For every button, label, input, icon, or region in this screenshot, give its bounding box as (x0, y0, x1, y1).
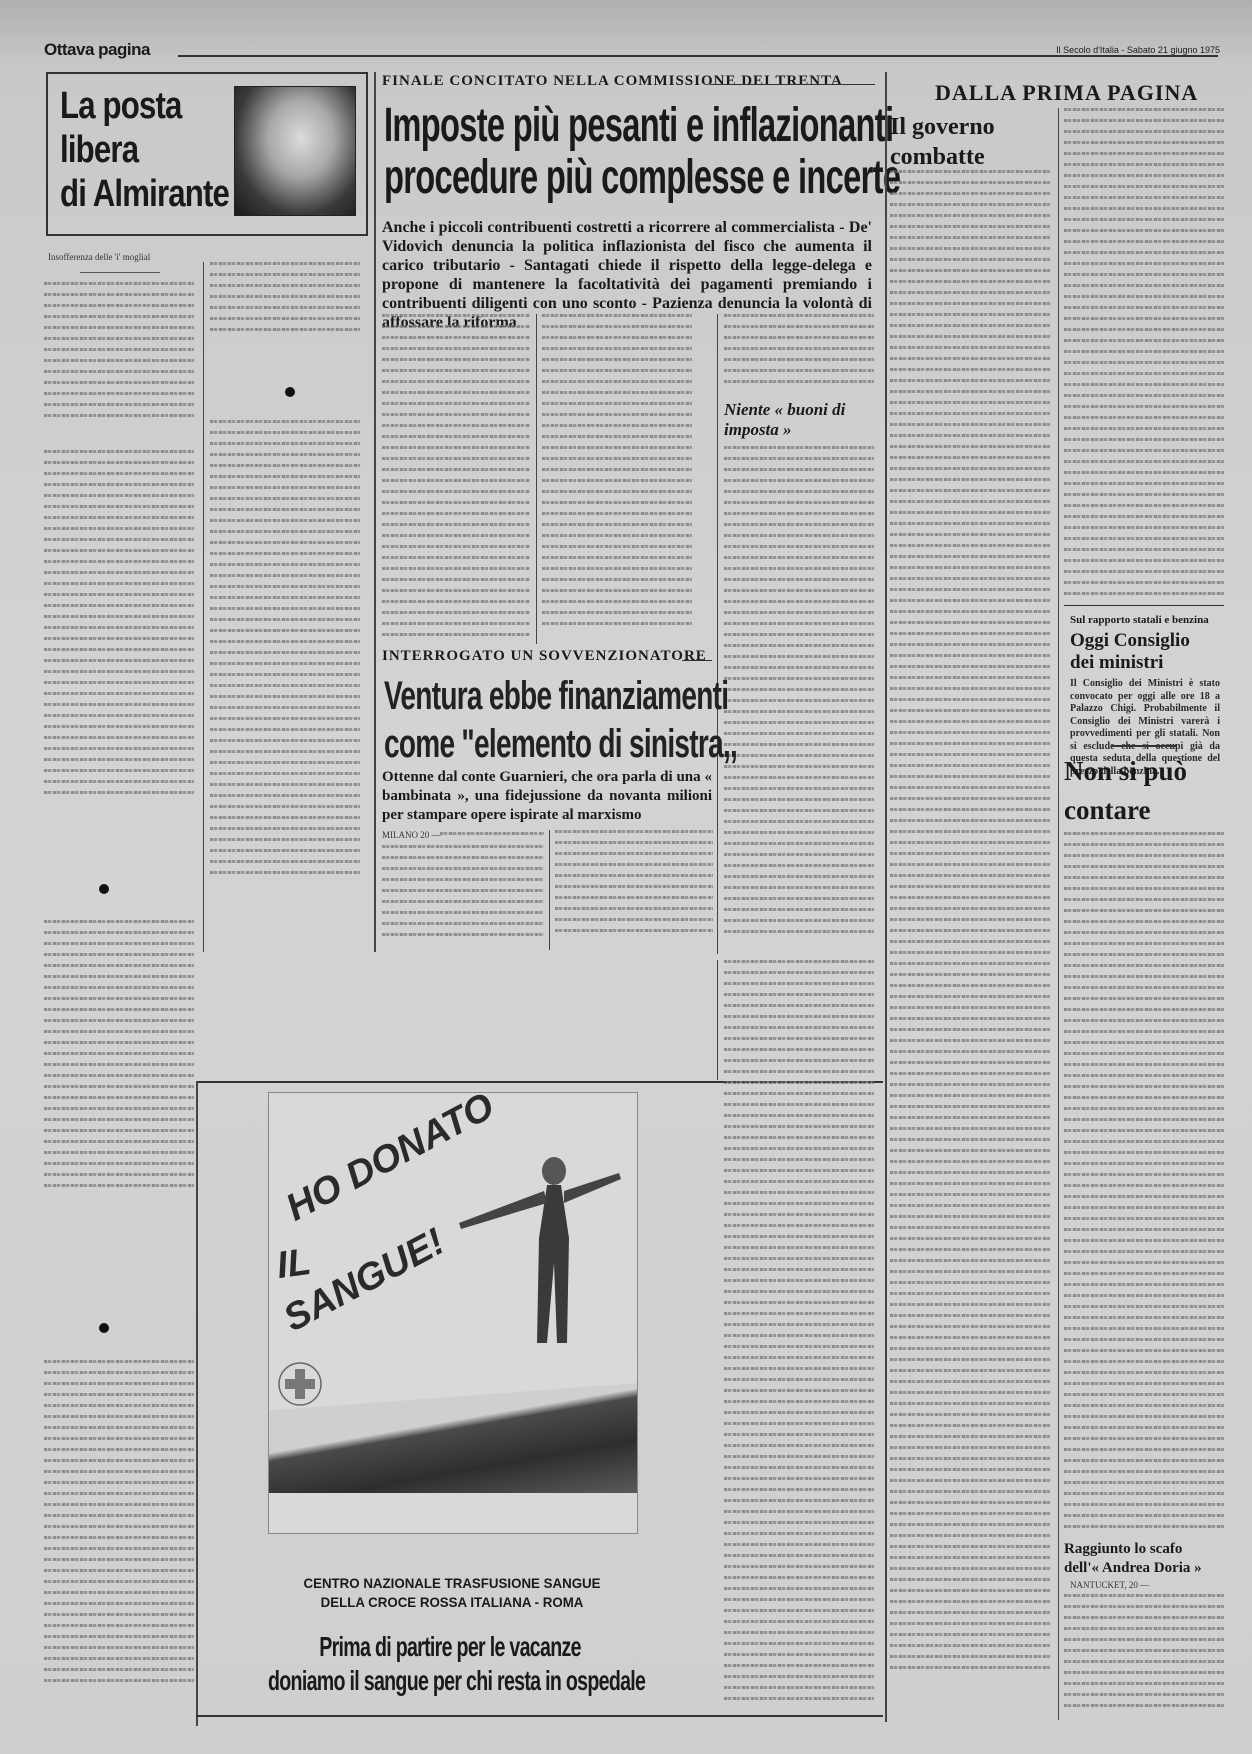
second-headline: Ventura ebbe finanziamenti come "element… (384, 672, 737, 768)
article-body (44, 282, 194, 444)
column-rule (374, 72, 376, 952)
andrea-doria-dateline: NANTUCKET, 20 — (1070, 1580, 1149, 1590)
ad-tagline-line: doniamo il sangue per chi resta in osped… (268, 1664, 632, 1698)
article-body (44, 920, 194, 1230)
portrait-photo-icon (234, 86, 356, 216)
ad-tagline: Prima di partire per le vacanze doniamo … (268, 1630, 632, 1698)
ad-headline-line: IL (274, 1241, 313, 1288)
kicker-rule (710, 84, 875, 85)
brief-headline: Oggi Consiglio dei ministri (1070, 630, 1190, 674)
box-title-line: libera (60, 128, 229, 172)
box-title: La posta libera di Almirante (60, 84, 229, 216)
box-title-line: di Almirante (60, 172, 229, 216)
article-body (210, 262, 360, 350)
article-body (1064, 1594, 1224, 1719)
article-body (382, 314, 530, 654)
kicker-rule (682, 660, 712, 661)
bullet-dot-icon (99, 1323, 109, 1333)
andrea-doria-headline: Raggiunto lo scafo dell'« Andrea Doria » (1064, 1540, 1202, 1578)
lead-subhead: Niente « buoni di imposta » (724, 400, 874, 440)
article-body (382, 845, 544, 950)
column-rule (717, 314, 718, 954)
column-rule (549, 830, 550, 950)
bullet-dot-icon (285, 387, 295, 397)
column-rule (885, 72, 887, 1722)
red-cross-emblem-icon (277, 1361, 323, 1407)
ad-org-line: CENTRO NAZIONALE TRASFUSIONE SANGUE (281, 1574, 623, 1593)
article-body (440, 832, 544, 842)
section-label: Ottava pagina (44, 40, 150, 60)
ad-org: CENTRO NAZIONALE TRASFUSIONE SANGUE DELL… (281, 1574, 623, 1612)
governo-headline-line: combatte (890, 142, 995, 172)
column-rule (717, 960, 718, 1080)
newspaper-page: Ottava pagina Il Secolo d'Italia - Sabat… (0, 0, 1252, 1754)
brief-headline-line: Oggi Consiglio (1070, 630, 1190, 652)
second-headline-line: come "elemento di sinistra,, (384, 720, 737, 768)
ad-left-rule (196, 1081, 198, 1726)
lead-kicker: FINALE CONCITATO NELLA COMMISSIONE DEI T… (382, 73, 843, 90)
andrea-doria-headline-line: dell'« Andrea Doria » (1064, 1559, 1202, 1578)
second-kicker: INTERROGATO UN SOVVENZIONATORE (382, 648, 707, 665)
governo-headline-line: Il governo (890, 112, 995, 142)
intro-caption: Insofferenza delle 'i' moglial (48, 252, 150, 262)
second-summary: Ottenne dal conte Guarnieri, che ora par… (382, 768, 712, 825)
non-si-puo-headline-line: Non si può (1064, 752, 1187, 791)
brief-end-rule (1112, 745, 1177, 747)
column-rule (536, 314, 537, 644)
brief-headline-line: dei ministri (1070, 652, 1190, 674)
caption-rule (80, 272, 160, 273)
second-headline-line: Ventura ebbe finanziamenti (384, 672, 737, 720)
article-body (210, 420, 360, 950)
ad-tagline-line: Prima di partire per le vacanze (268, 1630, 632, 1664)
article-body (542, 314, 692, 644)
article-body (724, 446, 874, 951)
box-title-line: La posta (60, 84, 229, 128)
masthead-rule (178, 55, 1218, 57)
non-si-puo-headline: Non si può contare (1064, 752, 1187, 830)
second-dateline: MILANO 20 — (382, 830, 441, 840)
column-rule (203, 262, 204, 952)
column-rule (1058, 108, 1059, 1720)
brief-kicker: Sul rapporto statali e benzina (1070, 614, 1209, 626)
non-si-puo-headline-line: contare (1064, 791, 1187, 830)
governo-headline: Il governo combatte (890, 112, 995, 172)
article-body (44, 450, 194, 850)
almirante-box: La posta libera di Almirante (46, 72, 368, 236)
grass-photo (269, 1383, 637, 1493)
lead-headline-line: procedure più complesse e incerte (384, 152, 900, 204)
article-body (724, 960, 874, 1720)
lead-headline: Imposte più pesanti e inflazionanti proc… (384, 100, 900, 204)
article-body (724, 314, 874, 404)
article-body (1064, 832, 1224, 1547)
dateline: Il Secolo d'Italia - Sabato 21 giugno 19… (1056, 45, 1220, 55)
brief-rule (1064, 605, 1224, 606)
article-body (555, 830, 713, 950)
woman-figure-icon (439, 1143, 629, 1353)
lead-headline-line: Imposte più pesanti e inflazionanti (384, 100, 900, 152)
article-body (44, 1360, 194, 1740)
right-section-title: DALLA PRIMA PAGINA (935, 80, 1198, 106)
article-body (890, 170, 1050, 1720)
bullet-dot-icon (99, 884, 109, 894)
ad-org-line: DELLA CROCE ROSSA ITALIANA - ROMA (281, 1593, 623, 1612)
article-body (1064, 108, 1224, 608)
blood-donation-ad: HO DONATO IL SANGUE! (268, 1092, 638, 1534)
andrea-doria-headline-line: Raggiunto lo scafo (1064, 1540, 1202, 1559)
